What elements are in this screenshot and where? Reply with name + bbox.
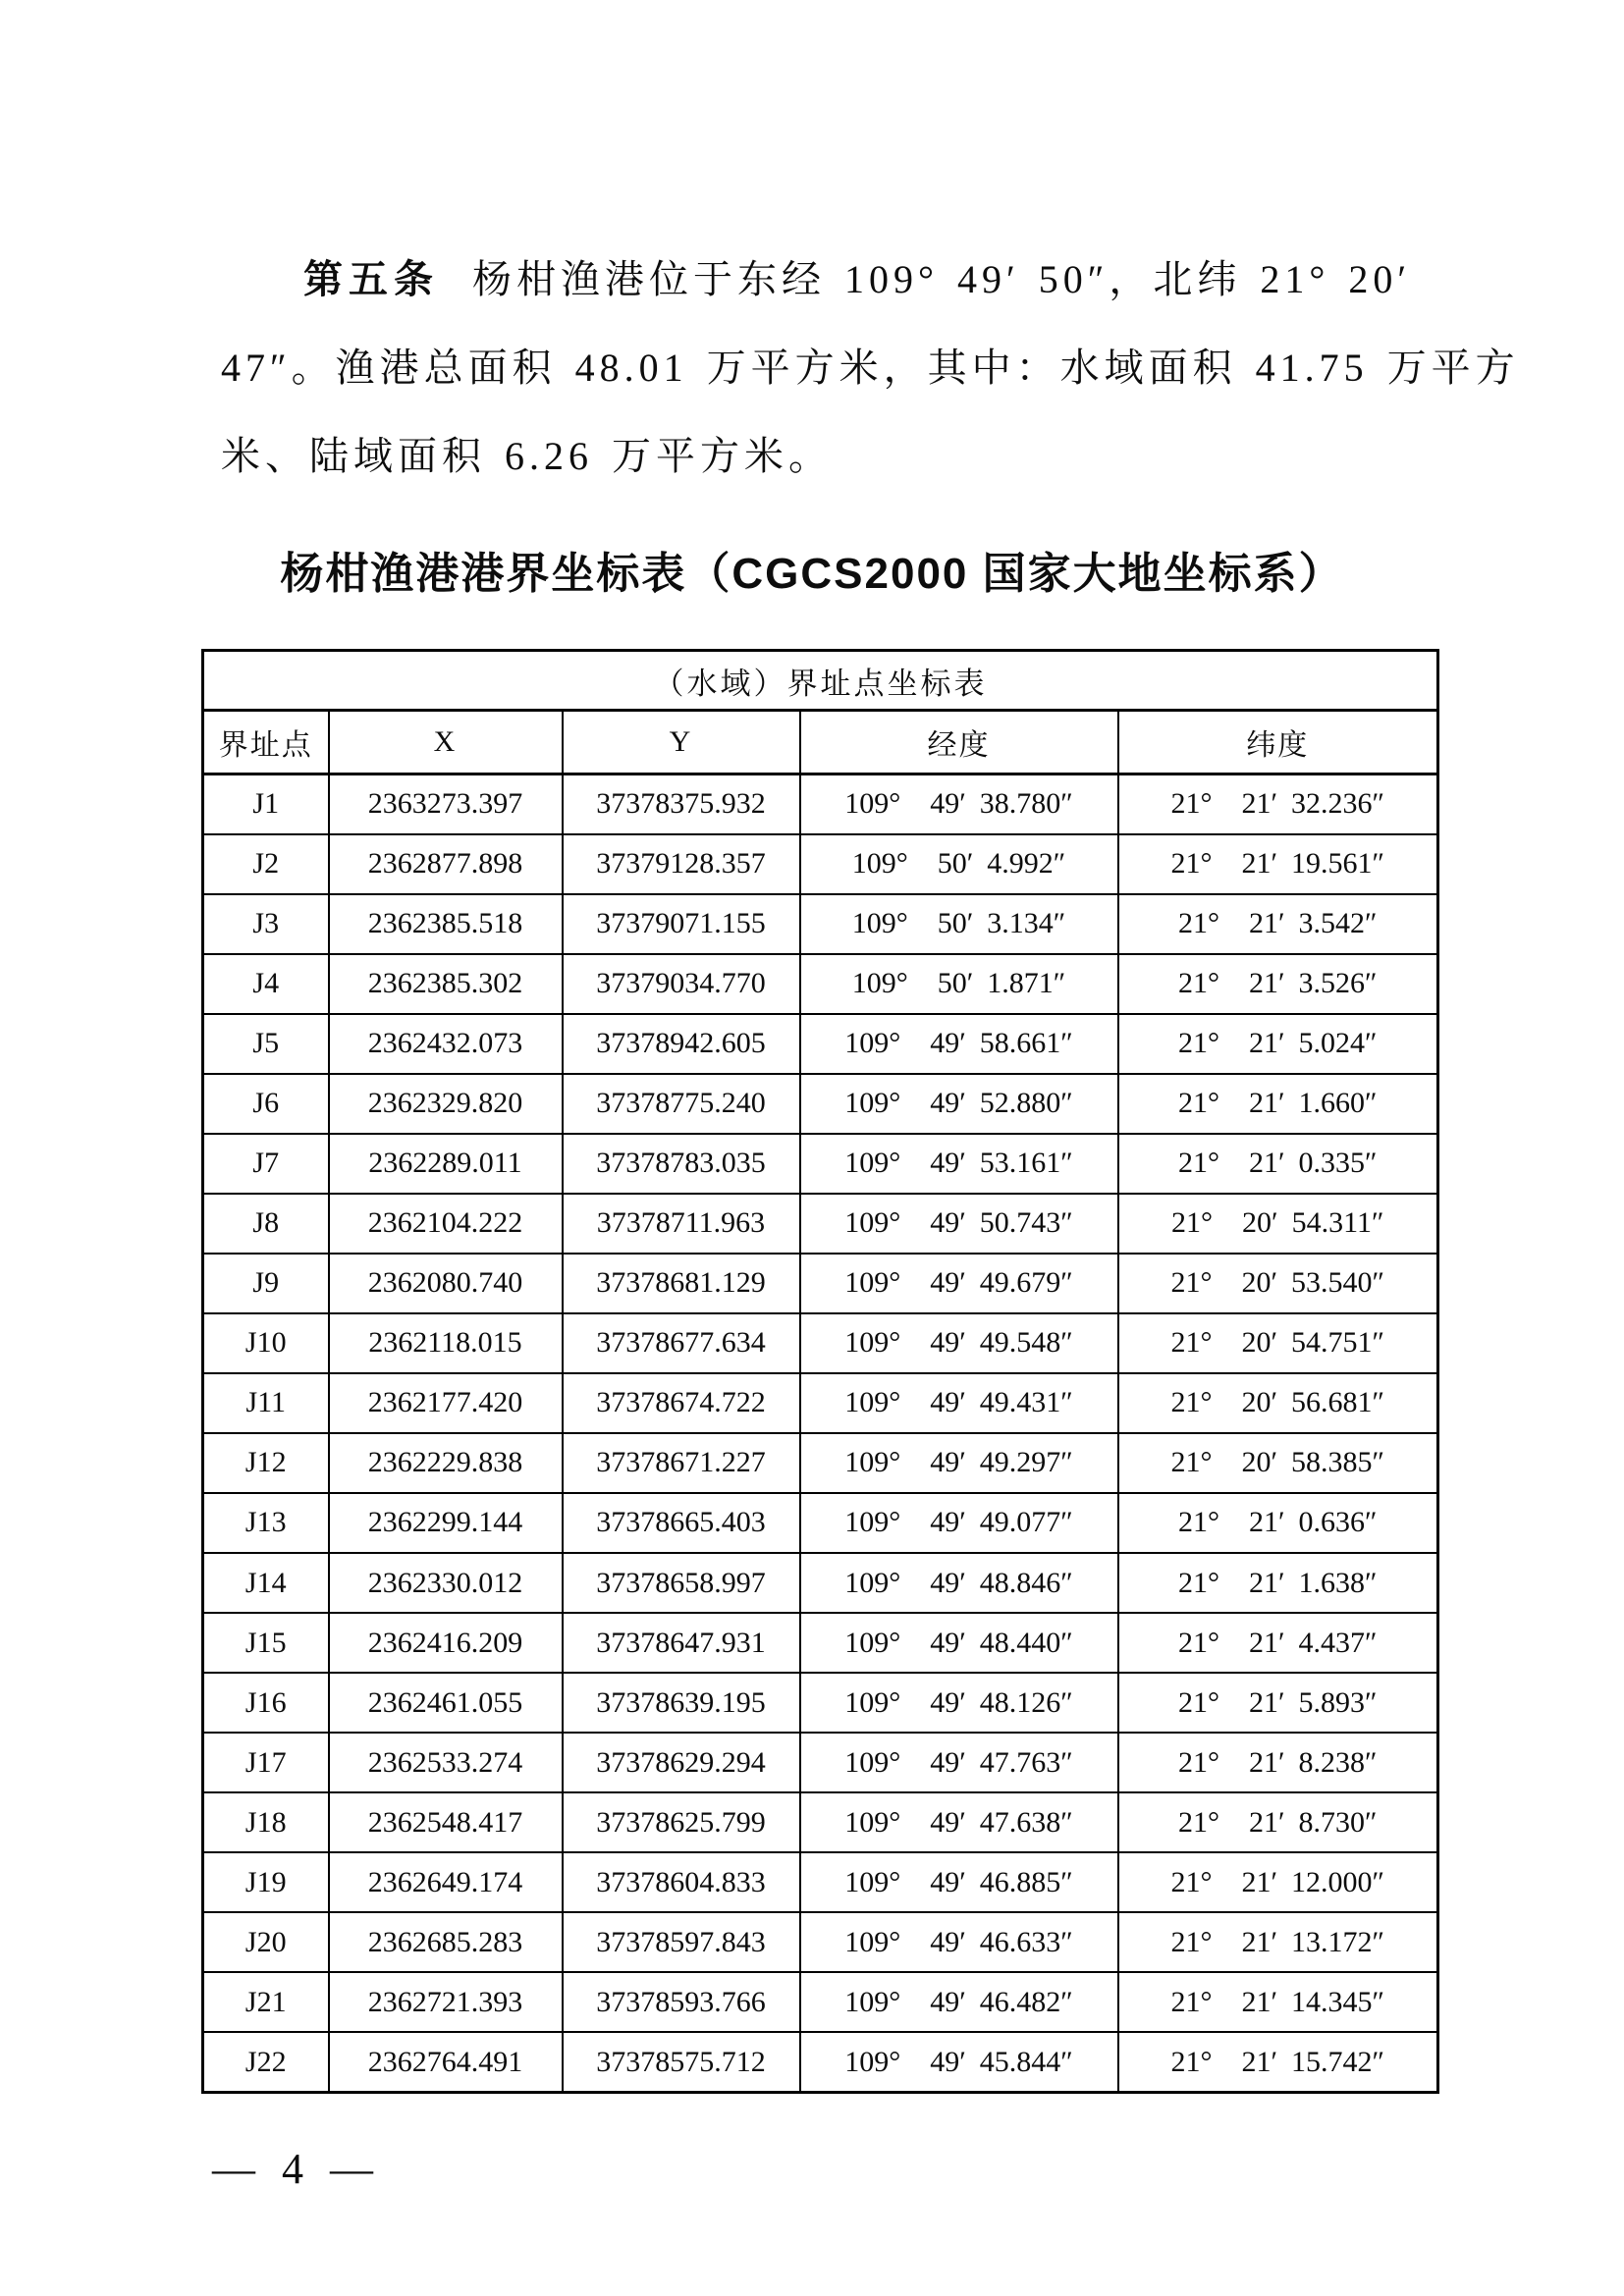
table-row: J62362329.82037378775.240109°49′52.880″2…: [203, 1074, 1438, 1134]
longitude-degrees: 109°: [844, 1266, 900, 1299]
cell-latitude: 21°21′12.000″: [1118, 1852, 1438, 1912]
cell-latitude: 21°21′13.172″: [1118, 1912, 1438, 1972]
cell-longitude: 109°49′46.885″: [800, 1852, 1118, 1912]
longitude-degrees: 109°: [852, 907, 908, 939]
longitude-seconds: 38.780″: [980, 787, 1073, 820]
longitude-minutes: 49′: [930, 1446, 966, 1478]
longitude-minutes: 49′: [930, 1147, 966, 1179]
cell-y: 37378647.931: [563, 1613, 800, 1673]
cell-point-id: J21: [203, 1972, 329, 2032]
latitude-degrees: 21°: [1178, 1627, 1219, 1659]
latitude-degrees: 21°: [1170, 1986, 1212, 2018]
longitude-minutes: 49′: [930, 1986, 966, 2018]
table-row: J222362764.49137378575.712109°49′45.844″…: [203, 2032, 1438, 2092]
cell-longitude: 109°49′46.633″: [800, 1912, 1118, 1972]
cell-latitude: 21°21′5.024″: [1118, 1014, 1438, 1074]
cell-y: 37378658.997: [563, 1553, 800, 1613]
latitude-degrees: 21°: [1171, 1206, 1213, 1239]
latitude-degrees: 21°: [1178, 1087, 1219, 1119]
latitude-seconds: 54.751″: [1291, 1326, 1384, 1359]
longitude-degrees: 109°: [852, 967, 908, 999]
longitude-seconds: 46.633″: [980, 1926, 1073, 1958]
table-row: J152362416.20937378647.931109°49′48.440″…: [203, 1613, 1438, 1673]
latitude-seconds: 13.172″: [1291, 1926, 1384, 1958]
latitude-degrees: 21°: [1178, 1806, 1219, 1839]
cell-longitude: 109°49′47.638″: [800, 1792, 1118, 1852]
latitude-seconds: 8.238″: [1299, 1746, 1378, 1779]
cell-x: 2362721.393: [329, 1972, 563, 2032]
latitude-degrees: 21°: [1170, 1446, 1212, 1478]
longitude-degrees: 109°: [844, 1686, 900, 1719]
cell-longitude: 109°49′53.161″: [800, 1134, 1118, 1194]
cell-y: 37379128.357: [563, 834, 800, 894]
longitude-minutes: 49′: [930, 1627, 966, 1659]
cell-point-id: J6: [203, 1074, 329, 1134]
table-row: J42362385.30237379034.770109°50′1.871″21…: [203, 954, 1438, 1014]
cell-point-id: J7: [203, 1134, 329, 1194]
cell-point-id: J19: [203, 1852, 329, 1912]
cell-y: 37378674.722: [563, 1373, 800, 1433]
cell-x: 2362329.820: [329, 1074, 563, 1134]
cell-y: 37378575.712: [563, 2032, 800, 2092]
cell-latitude: 21°20′54.751″: [1118, 1313, 1438, 1373]
cell-x: 2363273.397: [329, 774, 563, 834]
table-row: J162362461.05537378639.195109°49′48.126″…: [203, 1673, 1438, 1733]
longitude-degrees: 109°: [852, 847, 908, 880]
cell-latitude: 21°21′14.345″: [1118, 1972, 1438, 2032]
longitude-minutes: 49′: [930, 1746, 966, 1779]
table-caption: （水域）界址点坐标表: [203, 651, 1438, 711]
longitude-degrees: 109°: [844, 1027, 900, 1059]
table-row: J82362104.22237378711.963109°49′50.743″2…: [203, 1194, 1438, 1254]
longitude-seconds: 4.992″: [987, 847, 1065, 880]
latitude-minutes: 21′: [1249, 1746, 1285, 1779]
cell-y: 37378775.240: [563, 1074, 800, 1134]
longitude-seconds: 58.661″: [980, 1027, 1073, 1059]
cell-latitude: 21°21′3.542″: [1118, 894, 1438, 954]
longitude-minutes: 49′: [930, 787, 966, 820]
table-row: J52362432.07337378942.605109°49′58.661″2…: [203, 1014, 1438, 1074]
cell-y: 37379071.155: [563, 894, 800, 954]
cell-latitude: 21°21′0.335″: [1118, 1134, 1438, 1194]
latitude-minutes: 21′: [1241, 787, 1277, 820]
latitude-seconds: 56.681″: [1291, 1386, 1384, 1418]
cell-x: 2362299.144: [329, 1493, 563, 1553]
cell-point-id: J1: [203, 774, 329, 834]
cell-longitude: 109°49′49.679″: [800, 1254, 1118, 1313]
cell-point-id: J17: [203, 1733, 329, 1792]
latitude-minutes: 21′: [1249, 1087, 1285, 1119]
longitude-minutes: 50′: [938, 847, 974, 880]
cell-point-id: J10: [203, 1313, 329, 1373]
cell-longitude: 109°49′48.126″: [800, 1673, 1118, 1733]
cell-longitude: 109°49′49.297″: [800, 1433, 1118, 1493]
cell-longitude: 109°49′47.763″: [800, 1733, 1118, 1792]
cell-latitude: 21°21′15.742″: [1118, 2032, 1438, 2092]
longitude-degrees: 109°: [844, 2046, 900, 2078]
cell-point-id: J14: [203, 1553, 329, 1613]
cell-y: 37378783.035: [563, 1134, 800, 1194]
longitude-minutes: 49′: [930, 1027, 966, 1059]
cell-x: 2362649.174: [329, 1852, 563, 1912]
table-row: J112362177.42037378674.722109°49′49.431″…: [203, 1373, 1438, 1433]
longitude-degrees: 109°: [844, 1506, 900, 1538]
longitude-degrees: 109°: [844, 1746, 900, 1779]
cell-longitude: 109°49′46.482″: [800, 1972, 1118, 2032]
latitude-seconds: 12.000″: [1291, 1866, 1384, 1898]
cell-y: 37378629.294: [563, 1733, 800, 1792]
latitude-seconds: 19.561″: [1291, 847, 1384, 880]
cell-point-id: J12: [203, 1433, 329, 1493]
cell-latitude: 21°20′56.681″: [1118, 1373, 1438, 1433]
latitude-degrees: 21°: [1178, 1746, 1219, 1779]
latitude-minutes: 21′: [1249, 1506, 1285, 1538]
cell-x: 2362432.073: [329, 1014, 563, 1074]
latitude-seconds: 1.660″: [1299, 1087, 1378, 1119]
longitude-seconds: 46.885″: [980, 1866, 1073, 1898]
table-body: J12363273.39737378375.932109°49′38.780″2…: [203, 774, 1438, 2093]
cell-latitude: 21°20′53.540″: [1118, 1254, 1438, 1313]
longitude-minutes: 49′: [930, 1326, 966, 1359]
latitude-seconds: 15.742″: [1291, 2046, 1384, 2078]
table-row: J12363273.39737378375.932109°49′38.780″2…: [203, 774, 1438, 834]
latitude-degrees: 21°: [1170, 1326, 1212, 1359]
latitude-seconds: 8.730″: [1299, 1806, 1378, 1839]
longitude-seconds: 49.431″: [980, 1386, 1073, 1418]
latitude-minutes: 21′: [1249, 1627, 1285, 1659]
paragraph-line-2: 47″。渔港总面积 48.01 万平方米，其中：水域面积 41.75 万平方: [221, 324, 1488, 412]
longitude-minutes: 49′: [930, 1386, 966, 1418]
longitude-seconds: 48.846″: [980, 1567, 1073, 1599]
longitude-seconds: 47.763″: [980, 1746, 1073, 1779]
table-row: J32362385.51837379071.155109°50′3.134″21…: [203, 894, 1438, 954]
latitude-degrees: 21°: [1178, 967, 1219, 999]
cell-latitude: 21°21′4.437″: [1118, 1613, 1438, 1673]
latitude-minutes: 20′: [1241, 1386, 1277, 1418]
table-row: J102362118.01537378677.634109°49′49.548″…: [203, 1313, 1438, 1373]
cell-point-id: J20: [203, 1912, 329, 1972]
latitude-minutes: 21′: [1249, 1806, 1285, 1839]
header-boundary-point: 界址点: [203, 711, 329, 774]
longitude-minutes: 50′: [938, 907, 974, 939]
longitude-minutes: 49′: [930, 1806, 966, 1839]
cell-x: 2362289.011: [329, 1134, 563, 1194]
cell-x: 2362104.222: [329, 1194, 563, 1254]
cell-latitude: 21°21′8.238″: [1118, 1733, 1438, 1792]
table-row: J22362877.89837379128.357109°50′4.992″21…: [203, 834, 1438, 894]
cell-y: 37379034.770: [563, 954, 800, 1014]
table-title: 杨柑渔港港界坐标表（CGCS2000 国家大地坐标系）: [0, 538, 1624, 601]
latitude-seconds: 1.638″: [1299, 1567, 1378, 1599]
latitude-minutes: 20′: [1241, 1326, 1277, 1359]
cell-latitude: 21°20′58.385″: [1118, 1433, 1438, 1493]
cell-longitude: 109°49′38.780″: [800, 774, 1118, 834]
paragraph-line-1: 第五条杨柑渔港位于东经 109° 49′ 50″，北纬 21° 20′: [221, 236, 1488, 324]
longitude-degrees: 109°: [844, 1087, 900, 1119]
cell-y: 37378597.843: [563, 1912, 800, 1972]
article-paragraph: 第五条杨柑渔港位于东经 109° 49′ 50″，北纬 21° 20′ 47″。…: [221, 236, 1488, 501]
latitude-degrees: 21°: [1170, 2046, 1212, 2078]
table-row: J122362229.83837378671.227109°49′49.297″…: [203, 1433, 1438, 1493]
cell-longitude: 109°49′49.431″: [800, 1373, 1118, 1433]
longitude-degrees: 109°: [844, 1326, 900, 1359]
cell-x: 2362385.518: [329, 894, 563, 954]
header-latitude: 纬度: [1118, 711, 1438, 774]
table-row: J192362649.17437378604.833109°49′46.885″…: [203, 1852, 1438, 1912]
longitude-minutes: 49′: [930, 1686, 966, 1719]
longitude-seconds: 1.871″: [987, 967, 1065, 999]
cell-latitude: 21°21′8.730″: [1118, 1792, 1438, 1852]
cell-y: 37378677.634: [563, 1313, 800, 1373]
cell-y: 37378711.963: [563, 1194, 800, 1254]
longitude-seconds: 49.679″: [980, 1266, 1073, 1299]
cell-longitude: 109°49′45.844″: [800, 2032, 1118, 2092]
header-y: Y: [563, 711, 800, 774]
cell-point-id: J22: [203, 2032, 329, 2092]
longitude-minutes: 49′: [930, 1567, 966, 1599]
longitude-degrees: 109°: [844, 1986, 900, 2018]
cell-longitude: 109°49′49.548″: [800, 1313, 1118, 1373]
cell-longitude: 109°50′1.871″: [800, 954, 1118, 1014]
cell-point-id: J3: [203, 894, 329, 954]
latitude-seconds: 3.526″: [1299, 967, 1378, 999]
longitude-degrees: 109°: [844, 1866, 900, 1898]
longitude-minutes: 49′: [930, 2046, 966, 2078]
longitude-seconds: 46.482″: [980, 1986, 1073, 2018]
longitude-seconds: 49.077″: [980, 1506, 1073, 1538]
latitude-degrees: 21°: [1170, 1266, 1212, 1299]
latitude-degrees: 21°: [1178, 1567, 1219, 1599]
table-row: J212362721.39337378593.766109°49′46.482″…: [203, 1972, 1438, 2032]
cell-longitude: 109°49′49.077″: [800, 1493, 1118, 1553]
latitude-seconds: 32.236″: [1291, 787, 1384, 820]
cell-latitude: 21°20′54.311″: [1118, 1194, 1438, 1254]
cell-point-id: J11: [203, 1373, 329, 1433]
cell-x: 2362461.055: [329, 1673, 563, 1733]
latitude-minutes: 21′: [1241, 2046, 1277, 2078]
longitude-degrees: 109°: [844, 1446, 900, 1478]
longitude-seconds: 49.297″: [980, 1446, 1073, 1478]
latitude-minutes: 21′: [1249, 1567, 1285, 1599]
longitude-minutes: 50′: [938, 967, 974, 999]
longitude-degrees: 109°: [844, 1386, 900, 1418]
latitude-minutes: 21′: [1241, 1986, 1277, 2018]
longitude-degrees: 109°: [844, 1567, 900, 1599]
cell-point-id: J4: [203, 954, 329, 1014]
cell-latitude: 21°21′19.561″: [1118, 834, 1438, 894]
cell-x: 2362177.420: [329, 1373, 563, 1433]
cell-longitude: 109°49′48.846″: [800, 1553, 1118, 1613]
cell-y: 37378625.799: [563, 1792, 800, 1852]
latitude-seconds: 53.540″: [1291, 1266, 1384, 1299]
header-x: X: [329, 711, 563, 774]
cell-latitude: 21°21′1.638″: [1118, 1553, 1438, 1613]
longitude-seconds: 48.126″: [980, 1686, 1073, 1719]
cell-y: 37378681.129: [563, 1254, 800, 1313]
cell-y: 37378665.403: [563, 1493, 800, 1553]
cell-y: 37378375.932: [563, 774, 800, 834]
table-row: J92362080.74037378681.129109°49′49.679″2…: [203, 1254, 1438, 1313]
longitude-minutes: 49′: [930, 1866, 966, 1898]
cell-y: 37378593.766: [563, 1972, 800, 2032]
cell-x: 2362385.302: [329, 954, 563, 1014]
cell-x: 2362118.015: [329, 1313, 563, 1373]
latitude-degrees: 21°: [1178, 1506, 1219, 1538]
latitude-minutes: 21′: [1241, 847, 1277, 880]
latitude-seconds: 3.542″: [1299, 907, 1378, 939]
longitude-minutes: 49′: [930, 1926, 966, 1958]
header-longitude: 经度: [800, 711, 1118, 774]
latitude-minutes: 20′: [1241, 1446, 1277, 1478]
latitude-degrees: 21°: [1178, 907, 1219, 939]
document-page: 第五条杨柑渔港位于东经 109° 49′ 50″，北纬 21° 20′ 47″。…: [0, 0, 1624, 2296]
paragraph-line-3: 米、陆域面积 6.26 万平方米。: [221, 412, 1488, 501]
cell-longitude: 109°49′48.440″: [800, 1613, 1118, 1673]
longitude-degrees: 109°: [844, 1627, 900, 1659]
longitude-seconds: 47.638″: [980, 1806, 1073, 1839]
longitude-seconds: 49.548″: [980, 1326, 1073, 1359]
latitude-seconds: 5.024″: [1299, 1027, 1378, 1059]
longitude-seconds: 3.134″: [987, 907, 1065, 939]
latitude-minutes: 21′: [1249, 1147, 1285, 1179]
latitude-degrees: 21°: [1170, 787, 1212, 820]
cell-point-id: J2: [203, 834, 329, 894]
longitude-minutes: 49′: [930, 1087, 966, 1119]
cell-longitude: 109°49′50.743″: [800, 1194, 1118, 1254]
cell-longitude: 109°50′4.992″: [800, 834, 1118, 894]
cell-point-id: J18: [203, 1792, 329, 1852]
cell-point-id: J8: [203, 1194, 329, 1254]
longitude-seconds: 45.844″: [980, 2046, 1073, 2078]
article-number-heading: 第五条: [303, 258, 439, 301]
table-header-row: 界址点 X Y 经度 纬度: [203, 711, 1438, 774]
table-row: J72362289.01137378783.035109°49′53.161″2…: [203, 1134, 1438, 1194]
cell-x: 2362330.012: [329, 1553, 563, 1613]
latitude-seconds: 4.437″: [1299, 1627, 1378, 1659]
cell-latitude: 21°21′1.660″: [1118, 1074, 1438, 1134]
boundary-coordinates-table: （水域）界址点坐标表 界址点 X Y 经度 纬度 J12363273.39737…: [201, 649, 1439, 2094]
table-row: J202362685.28337378597.843109°49′46.633″…: [203, 1912, 1438, 1972]
latitude-minutes: 21′: [1241, 1866, 1277, 1898]
longitude-degrees: 109°: [844, 1147, 900, 1179]
cell-x: 2362685.283: [329, 1912, 563, 1972]
latitude-minutes: 20′: [1241, 1266, 1277, 1299]
cell-longitude: 109°49′58.661″: [800, 1014, 1118, 1074]
longitude-seconds: 50.743″: [980, 1206, 1073, 1239]
cell-latitude: 21°21′0.636″: [1118, 1493, 1438, 1553]
cell-x: 2362877.898: [329, 834, 563, 894]
table-caption-row: （水域）界址点坐标表: [203, 651, 1438, 711]
latitude-seconds: 0.335″: [1299, 1147, 1378, 1179]
longitude-seconds: 48.440″: [980, 1627, 1073, 1659]
longitude-degrees: 109°: [844, 1806, 900, 1839]
cell-point-id: J9: [203, 1254, 329, 1313]
paragraph-line-1-text: 杨柑渔港位于东经 109° 49′ 50″，北纬 21° 20′: [472, 257, 1411, 301]
cell-y: 37378671.227: [563, 1433, 800, 1493]
latitude-degrees: 21°: [1170, 847, 1212, 880]
latitude-seconds: 54.311″: [1292, 1206, 1384, 1239]
cell-latitude: 21°21′32.236″: [1118, 774, 1438, 834]
latitude-minutes: 21′: [1249, 967, 1285, 999]
latitude-minutes: 21′: [1249, 907, 1285, 939]
latitude-degrees: 21°: [1178, 1027, 1219, 1059]
cell-x: 2362416.209: [329, 1613, 563, 1673]
cell-point-id: J5: [203, 1014, 329, 1074]
cell-longitude: 109°50′3.134″: [800, 894, 1118, 954]
longitude-degrees: 109°: [844, 1206, 900, 1239]
table-row: J132362299.14437378665.403109°49′49.077″…: [203, 1493, 1438, 1553]
cell-point-id: J16: [203, 1673, 329, 1733]
table-row: J182362548.41737378625.799109°49′47.638″…: [203, 1792, 1438, 1852]
cell-y: 37378942.605: [563, 1014, 800, 1074]
longitude-minutes: 49′: [930, 1206, 966, 1239]
page-number: — 4 —: [212, 2144, 381, 2194]
table-row: J172362533.27437378629.294109°49′47.763″…: [203, 1733, 1438, 1792]
latitude-degrees: 21°: [1178, 1686, 1219, 1719]
cell-x: 2362533.274: [329, 1733, 563, 1792]
longitude-degrees: 109°: [844, 1926, 900, 1958]
latitude-minutes: 21′: [1249, 1686, 1285, 1719]
cell-x: 2362080.740: [329, 1254, 563, 1313]
latitude-degrees: 21°: [1170, 1386, 1212, 1418]
table-row: J142362330.01237378658.997109°49′48.846″…: [203, 1553, 1438, 1613]
latitude-degrees: 21°: [1170, 1926, 1212, 1958]
latitude-seconds: 58.385″: [1291, 1446, 1384, 1478]
longitude-degrees: 109°: [844, 787, 900, 820]
latitude-seconds: 0.636″: [1299, 1506, 1378, 1538]
cell-x: 2362548.417: [329, 1792, 563, 1852]
longitude-seconds: 53.161″: [980, 1147, 1073, 1179]
latitude-degrees: 21°: [1170, 1866, 1212, 1898]
cell-point-id: J13: [203, 1493, 329, 1553]
cell-x: 2362229.838: [329, 1433, 563, 1493]
latitude-seconds: 14.345″: [1291, 1986, 1384, 2018]
longitude-seconds: 52.880″: [980, 1087, 1073, 1119]
cell-y: 37378639.195: [563, 1673, 800, 1733]
latitude-seconds: 5.893″: [1299, 1686, 1378, 1719]
latitude-minutes: 20′: [1242, 1206, 1278, 1239]
latitude-degrees: 21°: [1178, 1147, 1219, 1179]
cell-y: 37378604.833: [563, 1852, 800, 1912]
cell-longitude: 109°49′52.880″: [800, 1074, 1118, 1134]
longitude-minutes: 49′: [930, 1506, 966, 1538]
cell-point-id: J15: [203, 1613, 329, 1673]
cell-x: 2362764.491: [329, 2032, 563, 2092]
cell-latitude: 21°21′5.893″: [1118, 1673, 1438, 1733]
cell-latitude: 21°21′3.526″: [1118, 954, 1438, 1014]
latitude-minutes: 21′: [1249, 1027, 1285, 1059]
latitude-minutes: 21′: [1241, 1926, 1277, 1958]
longitude-minutes: 49′: [930, 1266, 966, 1299]
